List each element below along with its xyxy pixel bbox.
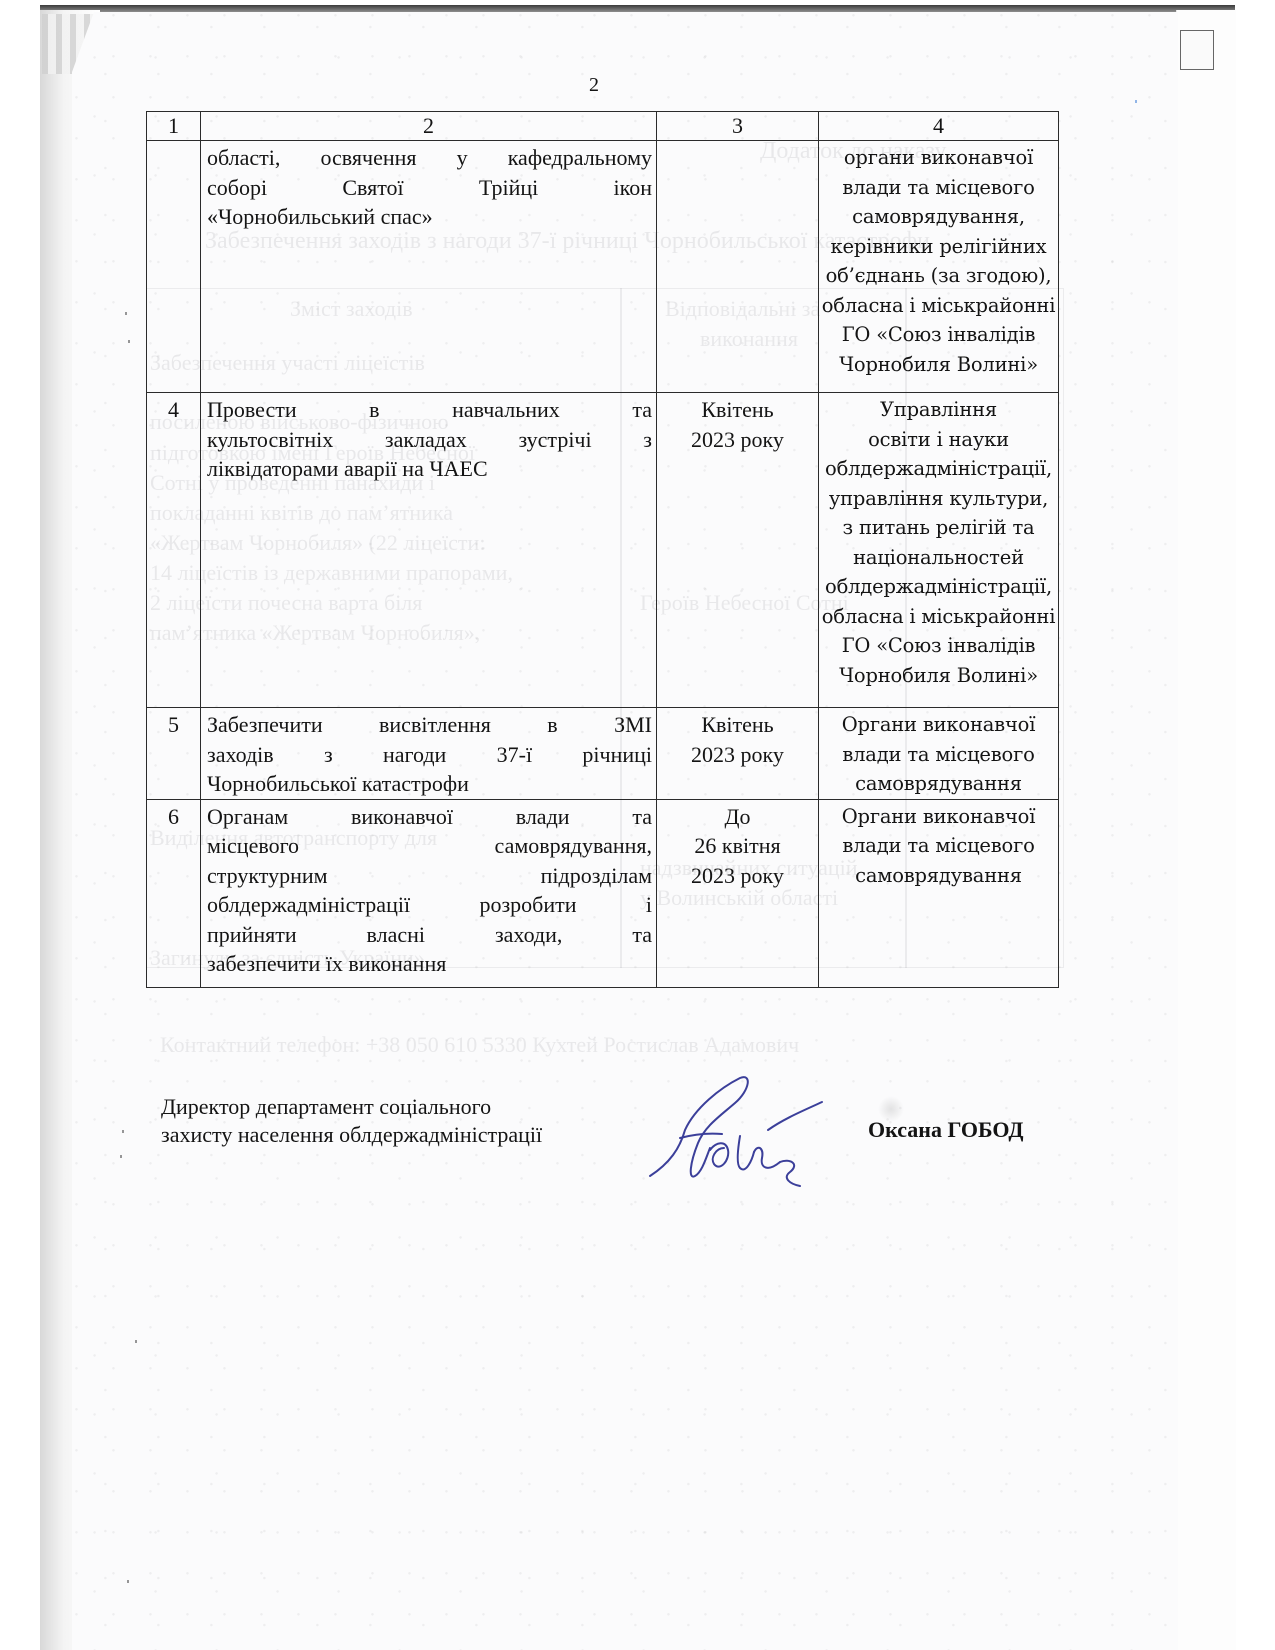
responsible-line: облдержадміністрації, [819,572,1058,602]
content-line: Органамвиконавчоївладита [207,802,652,832]
table-row: 6 Органамвиконавчоївладитамісцевогосамов… [147,799,1059,987]
content-line: місцевогосамоврядування, [207,831,652,861]
signatory-name: Оксана ГОБОД [868,1117,1024,1143]
content-line: Чорнобильської катастрофи [207,769,652,799]
page-number: 2 [589,74,599,97]
column-header-deadline: 3 [657,112,819,141]
binder-clip-right [1180,30,1214,70]
scan-speck [120,1155,122,1158]
deadline-line: 2023 року [657,740,818,770]
handwritten-signature [640,1068,830,1188]
scanner-edge-right [1176,10,1236,1650]
responsible-line: обласна і міськрайонні [819,602,1058,632]
responsible-line: освіти і науки [819,425,1058,455]
content-line: Провестивнавчальнихта [207,395,652,425]
row-responsible: Органи виконавчоївлади та місцевогосамов… [819,799,1059,987]
responsible-line: Органи виконавчої [819,710,1058,740]
row-content: ЗабезпечитивисвітленнявЗМІзаходівзнагоди… [201,708,657,800]
deadline-line: 26 квітня [657,831,818,861]
signatory-title-line-1: Директор департамент соціального [161,1093,542,1121]
signatory-title-line-2: захисту населення облдержадміністрації [161,1121,542,1149]
table-header-row: 1 2 3 4 [147,112,1059,141]
row-deadline: До26 квітня2023 року [657,799,819,987]
column-header-content: 2 [201,112,657,141]
scan-speck [122,1130,124,1133]
scan-speck [127,1580,129,1583]
scan-speck [135,1340,137,1343]
table-row: області,освяченняукафедральномусоборіСвя… [147,141,1059,393]
content-line: соборіСвятоїТрійціікон [207,173,652,203]
row-content: Органамвиконавчоївладитамісцевогосамовря… [201,799,657,987]
table-row: 5 ЗабезпечитивисвітленнявЗМІзаходівзнаго… [147,708,1059,800]
responsible-line: керівники релігійних [819,232,1058,262]
responsible-line: ГО «Союз інвалідів [819,631,1058,661]
deadline-line: 2023 року [657,861,818,891]
responsible-line: об’єднань (за згодою), [819,261,1058,291]
signatory-title: Директор департамент соціального захисту… [161,1093,542,1149]
row-responsible: органи виконавчоївлади та місцевогосамов… [819,141,1059,393]
scanner-edge-top [40,5,1235,13]
content-line: «Чорнобильський спас» [207,202,652,232]
content-line: культосвітніхзакладахзустрічіз [207,425,652,455]
content-line: області,освяченняукафедральному [207,143,652,173]
responsible-line: Чорнобиля Волині» [819,350,1058,380]
content-line: заходівзнагоди37-їрічниці [207,740,652,770]
responsible-line: управління культури, [819,484,1058,514]
column-header-responsible: 4 [819,112,1059,141]
row-number: 5 [147,708,201,800]
row-content: Провестивнавчальнихтакультосвітніхзаклад… [201,393,657,708]
responsible-line: самоврядування, [819,202,1058,232]
content-line: облдержадміністраціїрозробитиі [207,890,652,920]
responsible-line: облдержадміністрації, [819,454,1058,484]
table-row: 4 Провестивнавчальнихтакультосвітніхзакл… [147,393,1059,708]
responsible-line: влади та місцевого [819,740,1058,770]
scan-speck [125,312,127,315]
responsible-line: Чорнобиля Волині» [819,661,1058,691]
responsible-line: Управління [819,395,1058,425]
measures-table: 1 2 3 4 області,освяченняукафедральномус… [146,111,1059,988]
content-line: структурнимпідрозділам [207,861,652,891]
scan-speck [128,340,130,343]
deadline-line: 2023 року [657,425,818,455]
row-deadline: Квітень2023 року [657,708,819,800]
row-number [147,141,201,393]
deadline-line: До [657,802,818,832]
row-deadline: Квітень2023 року [657,393,819,708]
row-number: 4 [147,393,201,708]
table-body: області,освяченняукафедральномусоборіСвя… [147,141,1059,988]
content-line: прийнятивласнізаходи,та [207,920,652,950]
column-header-number: 1 [147,112,201,141]
content-line: ліквідаторами аварії на ЧАЕС [207,454,652,484]
deadline-line: Квітень [657,710,818,740]
row-responsible: Управлінняосвіти і наукиоблдержадміністр… [819,393,1059,708]
responsible-line: з питань релігій та [819,513,1058,543]
responsible-line: влади та місцевого [819,831,1058,861]
scan-speck [1135,100,1137,103]
row-deadline [657,141,819,393]
responsible-line: ГО «Союз інвалідів [819,320,1058,350]
responsible-line: самоврядування [819,861,1058,891]
responsible-line: Органи виконавчої [819,802,1058,832]
responsible-line: органи виконавчої [819,143,1058,173]
row-content: області,освяченняукафедральномусоборіСвя… [201,141,657,393]
responsible-line: обласна і міськрайонні [819,291,1058,321]
responsible-line: влади та місцевого [819,173,1058,203]
row-number: 6 [147,799,201,987]
deadline-line: Квітень [657,395,818,425]
row-responsible: Органи виконавчоївлади та місцевогосамов… [819,708,1059,800]
responsible-line: самоврядування [819,769,1058,799]
content-line: ЗабезпечитивисвітленнявЗМІ [207,710,652,740]
content-line: забезпечити їх виконання [207,949,652,979]
responsible-line: національностей [819,543,1058,573]
